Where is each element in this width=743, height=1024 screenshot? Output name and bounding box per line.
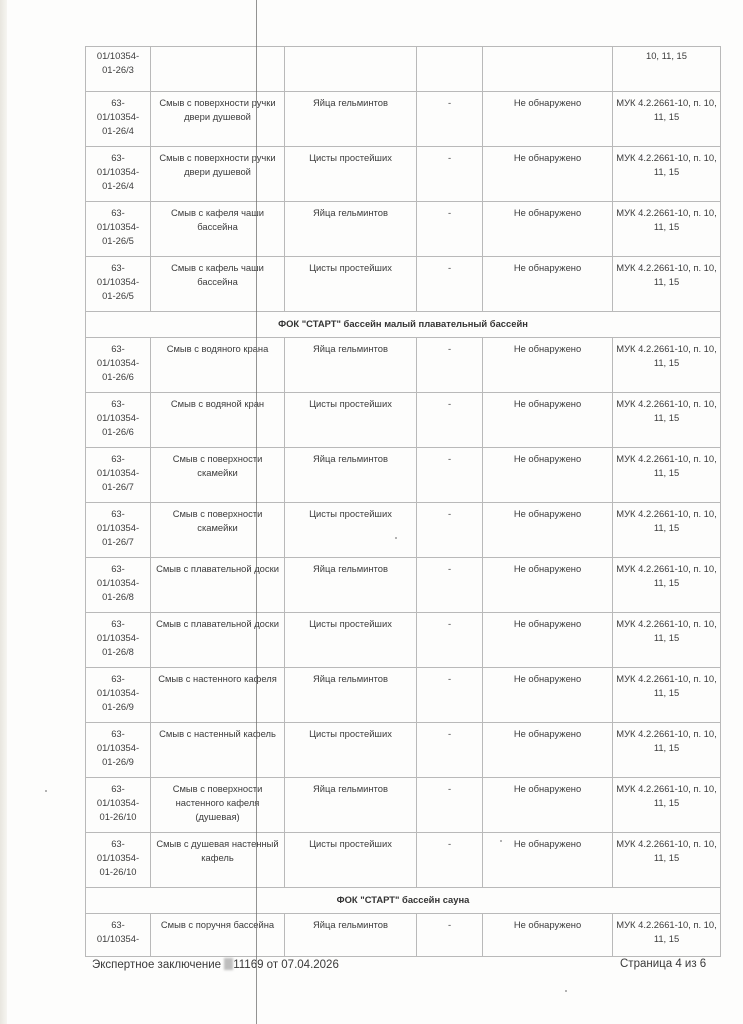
cell-method: МУК 4.2.2661-10, п. 10, 11, 15 (613, 914, 721, 957)
cell-result: Не обнаружено (483, 778, 613, 833)
table-row: 63- 01/10354- 01-26/8Смыв с плавательной… (86, 613, 721, 668)
cell-result: Не обнаружено (483, 257, 613, 312)
cell-sample: Смыв с кафеля чаши бассейна (151, 202, 285, 257)
cell-sample-id: 63- 01/10354- 01-26/6 (86, 393, 151, 448)
cell-result: Не обнаружено (483, 393, 613, 448)
cell-sample: Смыв с плавательной доски (151, 558, 285, 613)
cell-sample-id: 01/10354- 01-26/3 (86, 47, 151, 92)
cell-method: МУК 4.2.2661-10, п. 10, 11, 15 (613, 503, 721, 558)
cell-sample: Смыв с поверхности ручки двери душевой (151, 92, 285, 147)
cell-sample-id: 63- 01/10354- (86, 914, 151, 957)
cell-norm: - (417, 503, 483, 558)
cell-parameter: Цисты простейших (285, 147, 417, 202)
cell-sample: Смыв с водяной кран (151, 393, 285, 448)
results-table-body: 01/10354- 01-26/3 10, 11, 15 63- 01/1035… (86, 47, 721, 957)
cell-result: Не обнаружено (483, 723, 613, 778)
cell-sample-id: 63- 01/10354- 01-26/4 (86, 92, 151, 147)
cell-norm: - (417, 833, 483, 888)
cell-norm: - (417, 393, 483, 448)
cell-norm: - (417, 202, 483, 257)
cell-sample: Смыв с поверхности скамейки (151, 448, 285, 503)
cell-parameter: Яйца гельминтов (285, 202, 417, 257)
section-title: ФОК "СТАРТ" бассейн малый плавательный б… (86, 312, 721, 338)
cell-result: Не обнаружено (483, 92, 613, 147)
cell-sample-id: 63- 01/10354- 01-26/5 (86, 202, 151, 257)
scan-edge (0, 0, 7, 1024)
cell-sample-id: 63- 01/10354- 01-26/5 (86, 257, 151, 312)
table-row: 63- 01/10354- 01-26/7Смыв с поверхности … (86, 448, 721, 503)
cell-result: Не обнаружено (483, 558, 613, 613)
cell-method: МУК 4.2.2661-10, п. 10, 11, 15 (613, 147, 721, 202)
cell-parameter: Цисты простейших (285, 723, 417, 778)
cell-result: Не обнаружено (483, 833, 613, 888)
cell-sample-id: 63- 01/10354- 01-26/7 (86, 503, 151, 558)
cell-sample-id: 63- 01/10354- 01-26/7 (86, 448, 151, 503)
table-row: 63- 01/10354- 01-26/10Смыв с душевая нас… (86, 833, 721, 888)
cell-norm: - (417, 778, 483, 833)
cell-sample: Смыв с душевая настенный кафель (151, 833, 285, 888)
table-row: 63- 01/10354- 01-26/9Смыв с настенного к… (86, 668, 721, 723)
cell-result: Не обнаружено (483, 202, 613, 257)
scan-speck (565, 990, 567, 992)
footer-document-ref: Экспертное заключение 11169 от 07.04.202… (92, 958, 339, 971)
cell-method: МУК 4.2.2661-10, п. 10, 11, 15 (613, 202, 721, 257)
cell-method: МУК 4.2.2661-10, п. 10, 11, 15 (613, 613, 721, 668)
cell-sample-id: 63- 01/10354- 01-26/8 (86, 613, 151, 668)
cell-parameter: Яйца гельминтов (285, 338, 417, 393)
cell-sample-id: 63- 01/10354- 01-26/9 (86, 723, 151, 778)
cell-sample: Смыв с плавательной доски (151, 613, 285, 668)
cell-sample-id: 63- 01/10354- 01-26/9 (86, 668, 151, 723)
cell-norm: - (417, 92, 483, 147)
cell-norm: - (417, 914, 483, 957)
cell-result: Не обнаружено (483, 914, 613, 957)
cell-result: Не обнаружено (483, 503, 613, 558)
cell-sample: Смыв с водяного крана (151, 338, 285, 393)
cell-method: МУК 4.2.2661-10, п. 10, 11, 15 (613, 723, 721, 778)
cell-result: Не обнаружено (483, 448, 613, 503)
table-row: 63- 01/10354- 01-26/9Смыв с настенный ка… (86, 723, 721, 778)
cell-sample: Смыв с поверхности настенного кафеля (ду… (151, 778, 285, 833)
cell-norm: - (417, 257, 483, 312)
cell-sample-id: 63- 01/10354- 01-26/4 (86, 147, 151, 202)
cell-parameter: Цисты простейших (285, 257, 417, 312)
cell-result: Не обнаружено (483, 613, 613, 668)
cell-method: МУК 4.2.2661-10, п. 10, 11, 15 (613, 448, 721, 503)
table-section-header: ФОК "СТАРТ" бассейн малый плавательный б… (86, 312, 721, 338)
cell-norm: - (417, 448, 483, 503)
cell-norm: - (417, 668, 483, 723)
cell-result: Не обнаружено (483, 338, 613, 393)
cell-sample-id: 63- 01/10354- 01-26/10 (86, 778, 151, 833)
cell-result (483, 47, 613, 92)
cell-parameter: Яйца гельминтов (285, 914, 417, 957)
cell-norm (417, 47, 483, 92)
footer-page-number: Страница 4 из 6 (620, 958, 706, 970)
cell-method: МУК 4.2.2661-10, п. 10, 11, 15 (613, 257, 721, 312)
cell-result: Не обнаружено (483, 147, 613, 202)
cell-parameter: Яйца гельминтов (285, 448, 417, 503)
table-section-header: ФОК "СТАРТ" бассейн сауна (86, 888, 721, 914)
table-row: 63- 01/10354- 01-26/10Смыв с поверхности… (86, 778, 721, 833)
cell-sample-id: 63- 01/10354- 01-26/8 (86, 558, 151, 613)
table-row: 63- 01/10354- 01-26/4Смыв с поверхности … (86, 147, 721, 202)
table-row: 63- 01/10354- 01-26/7Смыв с поверхности … (86, 503, 721, 558)
cell-parameter: Цисты простейших (285, 613, 417, 668)
cell-parameter: Яйца гельминтов (285, 92, 417, 147)
cell-method: МУК 4.2.2661-10, п. 10, 11, 15 (613, 558, 721, 613)
footer-doc-prefix: Экспертное заключение (92, 959, 224, 971)
cell-method: МУК 4.2.2661-10, п. 10, 11, 15 (613, 833, 721, 888)
cell-parameter: Яйца гельминтов (285, 558, 417, 613)
cell-method: МУК 4.2.2661-10, п. 10, 11, 15 (613, 338, 721, 393)
cell-norm: - (417, 723, 483, 778)
cell-sample: Смыв с поручня бассейна (151, 914, 285, 957)
cell-parameter: Яйца гельминтов (285, 668, 417, 723)
cell-parameter: Цисты простейших (285, 833, 417, 888)
table-row: 63- 01/10354-Смыв с поручня бассейнаЯйца… (86, 914, 721, 957)
cell-norm: - (417, 338, 483, 393)
cell-sample: Смыв с поверхности скамейки (151, 503, 285, 558)
cell-sample-id: 63- 01/10354- 01-26/10 (86, 833, 151, 888)
cell-method: МУК 4.2.2661-10, п. 10, 11, 15 (613, 92, 721, 147)
cell-parameter: Цисты простейших (285, 393, 417, 448)
scan-speck (45, 790, 47, 792)
cell-norm: - (417, 147, 483, 202)
cell-result: Не обнаружено (483, 668, 613, 723)
cell-method: 10, 11, 15 (613, 47, 721, 92)
table-row: 63- 01/10354- 01-26/8Смыв с плавательной… (86, 558, 721, 613)
cell-sample-id: 63- 01/10354- 01-26/6 (86, 338, 151, 393)
scan-speck (395, 537, 397, 539)
table-row: 63- 01/10354- 01-26/5Смыв с кафель чаши … (86, 257, 721, 312)
table-row: 63- 01/10354- 01-26/6Смыв с водяной кран… (86, 393, 721, 448)
results-table: 01/10354- 01-26/3 10, 11, 15 63- 01/1035… (85, 46, 721, 957)
cell-method: МУК 4.2.2661-10, п. 10, 11, 15 (613, 778, 721, 833)
cell-method: МУК 4.2.2661-10, п. 10, 11, 15 (613, 393, 721, 448)
cell-sample: Смыв с поверхности ручки двери душевой (151, 147, 285, 202)
cell-parameter: Яйца гельминтов (285, 778, 417, 833)
scan-speck (500, 840, 502, 842)
footer-doc-number: 11169 от 07.04.2026 (233, 959, 339, 971)
cell-method: МУК 4.2.2661-10, п. 10, 11, 15 (613, 668, 721, 723)
cell-norm: - (417, 558, 483, 613)
cell-sample: Смыв с настенного кафеля (151, 668, 285, 723)
cell-parameter: Цисты простейших (285, 503, 417, 558)
cell-sample: Смыв с настенный кафель (151, 723, 285, 778)
table-row: 63- 01/10354- 01-26/5Смыв с кафеля чаши … (86, 202, 721, 257)
table-row: 63- 01/10354- 01-26/4Смыв с поверхности … (86, 92, 721, 147)
table-row: 63- 01/10354- 01-26/6Смыв с водяного кра… (86, 338, 721, 393)
cell-norm: - (417, 613, 483, 668)
redacted-mark (224, 958, 233, 970)
cell-parameter (285, 47, 417, 92)
scan-fold-line (256, 0, 257, 1024)
section-title: ФОК "СТАРТ" бассейн сауна (86, 888, 721, 914)
cell-sample: Смыв с кафель чаши бассейна (151, 257, 285, 312)
table-row-continued: 01/10354- 01-26/3 10, 11, 15 (86, 47, 721, 92)
cell-sample (151, 47, 285, 92)
